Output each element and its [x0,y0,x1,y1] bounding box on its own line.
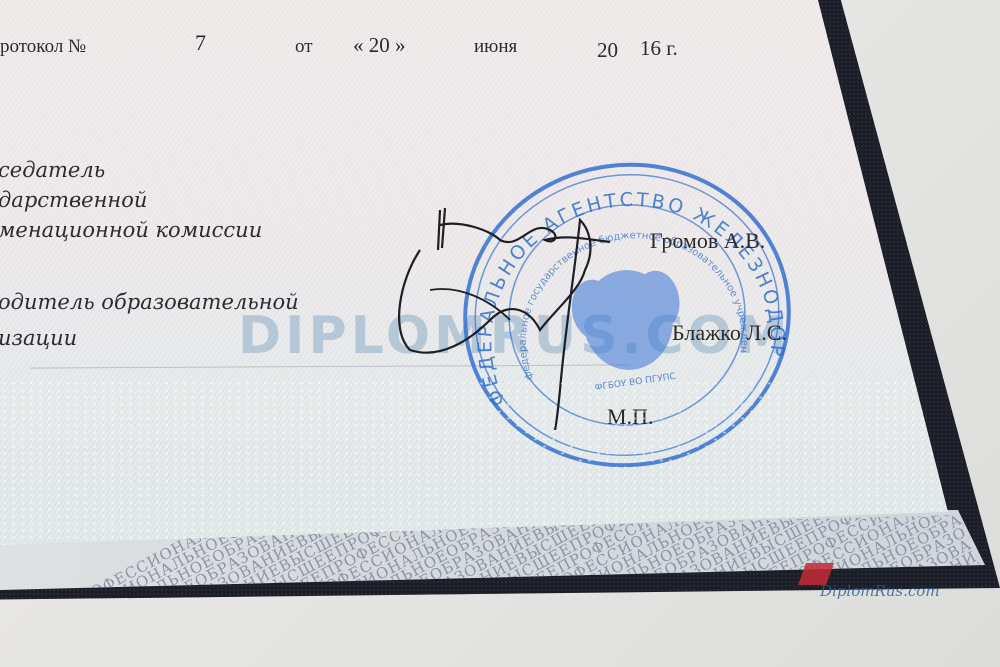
protocol-label: ротокол № [0,36,86,58]
signature-chairman-icon [380,190,660,430]
seal-label: М.П. [607,404,653,430]
head-title-line2: изации [0,326,77,350]
head-name: Блажко Л.С. [672,320,787,346]
protocol-year-prefix: 20 [597,38,618,63]
corner-logo: DiplomRus.com [820,582,940,600]
chairman-title-line2: дарственной [0,188,147,212]
chairman-title-line3: менационной комиссии [0,218,262,242]
protocol-number: 7 [195,30,206,56]
protocol-from: от [295,36,313,58]
chairman-title-line1: седатель [0,158,105,182]
protocol-year-suffix: 16 г. [640,36,678,61]
protocol-month: июня [474,36,517,58]
chairman-name: Громов А.В. [650,228,765,254]
protocol-day: « 20 » [353,33,406,58]
